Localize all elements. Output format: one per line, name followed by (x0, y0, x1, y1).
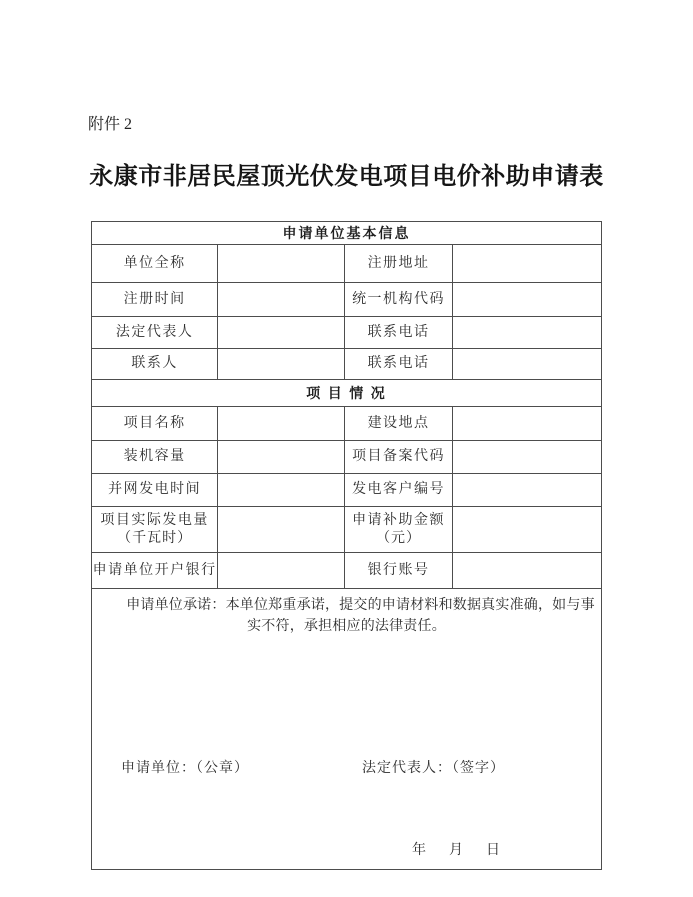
legal-rep-signature-label: 法定代表人：（签字） (362, 761, 505, 776)
subsidy-amount-value-cell (452, 507, 601, 553)
power-customer-number-value-cell (452, 474, 601, 507)
installed-capacity-label: 装机容量 (92, 441, 218, 474)
subsidy-amount-label-line2: （元） (345, 530, 451, 547)
contact-person-value-cell (218, 349, 345, 380)
grid-connection-date-label: 并网发电时间 (92, 474, 218, 507)
table-row: 项目实际发电量 （千瓦时） 申请补助金额 （元） (92, 507, 602, 553)
project-filing-code-value-cell (452, 441, 601, 474)
unit-full-name-value-cell (218, 245, 345, 283)
table-row: 单位全称 注册地址 (92, 245, 602, 283)
legal-representative-value-cell (218, 317, 345, 349)
grid-connection-date-value-cell (218, 474, 345, 507)
commitment-row: 申请单位承诺：本单位郑重承诺，提交的申请材料和数据真实准确，如与事实不符，承担相… (92, 589, 602, 870)
actual-generation-value-cell (218, 507, 345, 553)
table-row: 申请单位开户银行 银行账号 (92, 553, 602, 589)
month-label: 月 (449, 839, 463, 859)
actual-generation-label: 项目实际发电量 （千瓦时） (92, 507, 218, 553)
unified-institution-code-value-cell (452, 283, 601, 317)
document-page: { "page": { "attachment_label": "附件 2", … (0, 0, 693, 897)
section2-header: 项 目 情 况 (92, 380, 602, 407)
actual-generation-label-line1: 项目实际发电量 (92, 512, 217, 530)
bank-account-label: 银行账号 (345, 553, 452, 589)
contact-person-label: 联系人 (92, 349, 218, 380)
project-name-value-cell (218, 407, 345, 441)
commitment-statement: 申请单位承诺：本单位郑重承诺，提交的申请材料和数据真实准确，如与事实不符，承担相… (95, 595, 598, 637)
actual-generation-label-line2: （千瓦时） (92, 530, 217, 547)
unified-institution-code-label: 统一机构代码 (345, 283, 452, 317)
table-row: 项目名称 建设地点 (92, 407, 602, 441)
day-label: 日 (486, 839, 500, 859)
table-row: 法定代表人 联系电话 (92, 317, 602, 349)
project-name-label: 项目名称 (92, 407, 218, 441)
power-customer-number-label: 发电客户编号 (345, 474, 452, 507)
installed-capacity-value-cell (218, 441, 345, 474)
registered-address-value-cell (452, 245, 601, 283)
section1-header: 申请单位基本信息 (92, 222, 602, 245)
contact-phone2-value-cell (452, 349, 601, 380)
registration-date-label: 注册时间 (92, 283, 218, 317)
registration-date-value-cell (218, 283, 345, 317)
form-title: 永康市非居民屋顶光伏发电项目电价补助申请表 (0, 162, 693, 192)
commitment-cell: 申请单位承诺：本单位郑重承诺，提交的申请材料和数据真实准确，如与事实不符，承担相… (92, 589, 602, 870)
applicant-bank-value-cell (218, 553, 345, 589)
subsidy-amount-label-line1: 申请补助金额 (345, 512, 451, 530)
construction-site-label: 建设地点 (345, 407, 452, 441)
bank-account-value-cell (452, 553, 601, 589)
subsidy-amount-label: 申请补助金额 （元） (345, 507, 452, 553)
commitment-area: 申请单位承诺：本单位郑重承诺，提交的申请材料和数据真实准确，如与事实不符，承担相… (92, 589, 601, 869)
signature-row: 申请单位：（公章）法定代表人：（签字） (121, 757, 505, 777)
table-row: 联系人 联系电话 (92, 349, 602, 380)
table-row: 注册时间 统一机构代码 (92, 283, 602, 317)
construction-site-value-cell (452, 407, 601, 441)
application-form-table: 申请单位基本信息 单位全称 注册地址 注册时间 统一机构代码 法定代表人 联系电… (91, 221, 602, 870)
date-line: 年 月 日 (412, 839, 500, 859)
registered-address-label: 注册地址 (345, 245, 452, 283)
contact-phone-label: 联系电话 (345, 317, 452, 349)
table-row: 装机容量 项目备案代码 (92, 441, 602, 474)
applicant-bank-label: 申请单位开户银行 (92, 553, 218, 589)
project-filing-code-label: 项目备案代码 (345, 441, 452, 474)
applicant-seal-label: 申请单位：（公章） (121, 761, 249, 776)
attachment-label: 附件 2 (88, 0, 693, 136)
table-row: 并网发电时间 发电客户编号 (92, 474, 602, 507)
legal-representative-label: 法定代表人 (92, 317, 218, 349)
unit-full-name-label: 单位全称 (92, 245, 218, 283)
year-label: 年 (412, 839, 426, 859)
section2-header-row: 项 目 情 况 (92, 380, 602, 407)
contact-phone2-label: 联系电话 (345, 349, 452, 380)
section1-header-row: 申请单位基本信息 (92, 222, 602, 245)
contact-phone-value-cell (452, 317, 601, 349)
